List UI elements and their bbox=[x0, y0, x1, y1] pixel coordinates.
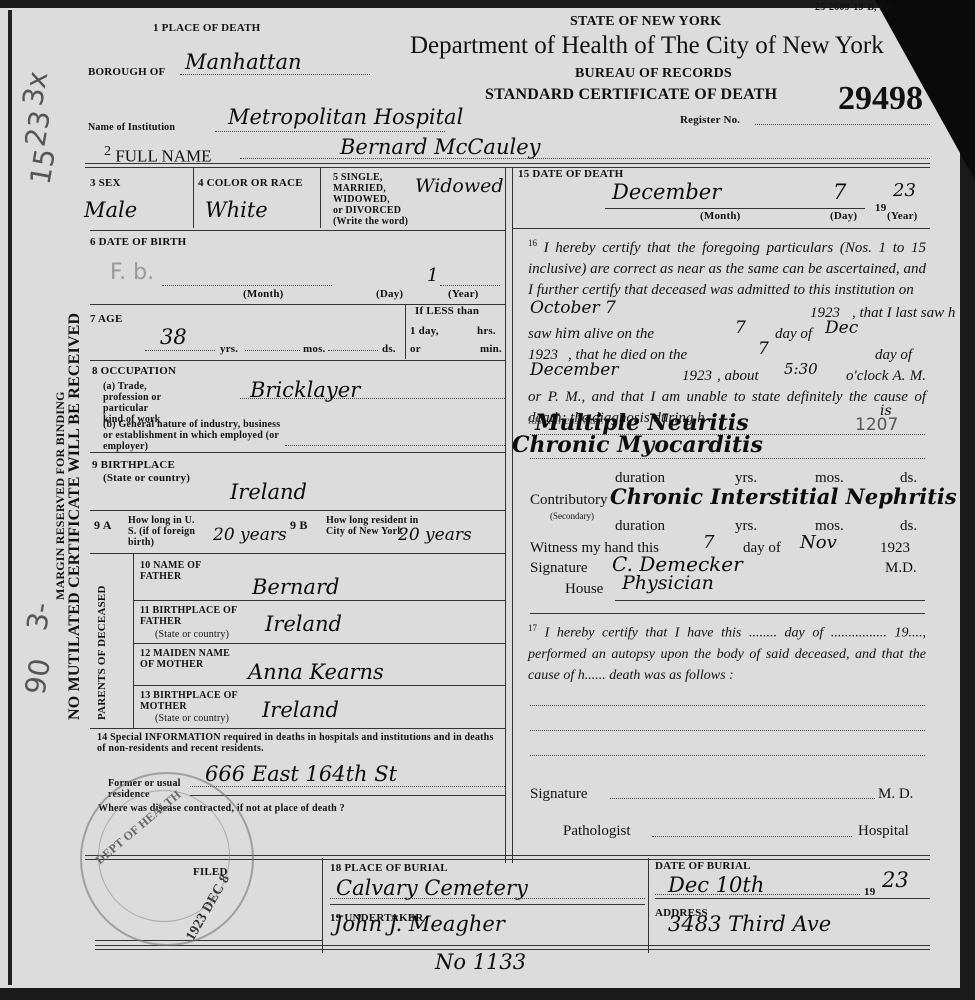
duration-2-ds: ds. bbox=[900, 518, 917, 535]
margin-warning-text: NO MUTILATED CERTIFICATE WILL BE RECEIVE… bbox=[66, 313, 84, 720]
undertaker-number: No 1133 bbox=[435, 950, 526, 974]
birth-day-caption: (Day) bbox=[376, 288, 403, 300]
birth-year-caption: (Year) bbox=[448, 288, 479, 300]
signature-label: Signature bbox=[530, 560, 588, 577]
institution-label: Name of Institution bbox=[88, 122, 175, 133]
state-heading: STATE OF NEW YORK bbox=[570, 14, 721, 30]
day-of-text: day of bbox=[775, 324, 812, 345]
less-than-label: If LESS than bbox=[415, 305, 479, 317]
residence-a-tag: 9 A bbox=[94, 518, 112, 533]
secondary-label: (Secondary) bbox=[550, 511, 594, 521]
age-mos-caption: mos. bbox=[303, 343, 326, 355]
mother-name-value: Anna Kearns bbox=[248, 660, 384, 684]
register-label: Register No. bbox=[680, 114, 740, 126]
death-month-caption: (Month) bbox=[700, 210, 741, 222]
birthplace-value: Ireland bbox=[230, 480, 307, 504]
undertaker-value: John J. Meagher bbox=[334, 912, 505, 936]
father-birth-value: Ireland bbox=[265, 612, 342, 636]
certificate-title: STANDARD CERTIFICATE OF DEATH bbox=[485, 86, 777, 104]
duration-2-label: duration bbox=[615, 518, 665, 535]
institution-value: Metropolitan Hospital bbox=[228, 105, 463, 129]
residence-b-tag: 9 B bbox=[290, 518, 308, 533]
binding-edge bbox=[8, 10, 12, 985]
residence-b-value: 20 years bbox=[398, 525, 472, 545]
father-name-value: Bernard bbox=[252, 575, 339, 599]
last-seen-month-value: Dec bbox=[825, 318, 858, 338]
special-info-label: 14 Special INFORMATION required in death… bbox=[97, 732, 502, 754]
certify-17-text: 17 I hereby certify that I have this ...… bbox=[528, 618, 926, 686]
cause-2-value: Chronic Myocarditis bbox=[512, 432, 763, 458]
residence-a-value: 20 years bbox=[213, 525, 287, 545]
register-number: 29498 bbox=[838, 80, 923, 118]
one-day-label: 1 day, bbox=[410, 325, 439, 337]
death-year-value: 23 bbox=[893, 180, 916, 201]
marital-value: Widowed bbox=[415, 175, 504, 197]
burial-place-value: Calvary Cemetery bbox=[336, 876, 528, 900]
mother-birth-label: 13 BIRTHPLACE OF MOTHER bbox=[140, 690, 240, 712]
death-date-label: 15 DATE OF DEATH bbox=[518, 168, 623, 180]
witness-month-value: Nov bbox=[800, 532, 837, 553]
occupation-label: 8 OCCUPATION bbox=[92, 365, 176, 377]
pencil-note-3: 15 bbox=[23, 146, 62, 187]
mother-birth-sub: (State or country) bbox=[155, 713, 229, 724]
died-day-value: 7 bbox=[758, 339, 769, 359]
mother-name-label: 12 MAIDEN NAME OF MOTHER bbox=[140, 648, 240, 670]
birth-month-caption: (Month) bbox=[243, 288, 284, 300]
age-label: 7 AGE bbox=[90, 313, 122, 325]
occupation-b-label: (b) General nature of industry, business… bbox=[103, 419, 283, 452]
admitted-date-value: October 7 bbox=[530, 298, 616, 318]
age-yrs-caption: yrs. bbox=[220, 343, 238, 355]
race-label: 4 COLOR OR RACE bbox=[198, 177, 303, 189]
contributory-label: Contributory bbox=[530, 492, 608, 509]
place-of-death-label: 1 PLACE OF DEATH bbox=[153, 22, 260, 34]
hrs-caption: hrs. bbox=[477, 325, 496, 337]
age-ds-caption: ds. bbox=[382, 343, 396, 355]
or-label: or bbox=[410, 343, 421, 355]
birthplace-sub-label: (State or country) bbox=[103, 472, 190, 484]
father-name-label: 10 NAME OF FATHER bbox=[140, 560, 220, 582]
death-month-value: December bbox=[612, 180, 721, 204]
burial-place-label: 18 PLACE OF BURIAL bbox=[330, 862, 448, 874]
birth-date-label: 6 DATE OF BIRTH bbox=[90, 236, 186, 248]
parents-side-label: PARENTS OF DECEASED bbox=[96, 585, 108, 720]
duration-2-yrs: yrs. bbox=[735, 518, 757, 535]
pencil-note-1: 3x bbox=[16, 69, 54, 109]
bureau-heading: BUREAU OF RECORDS bbox=[575, 66, 732, 82]
last-seen-day-value: 7 bbox=[735, 318, 746, 338]
address-value: 3483 Third Ave bbox=[668, 912, 831, 936]
borough-label: BOROUGH OF bbox=[88, 66, 165, 78]
contributory-value: Chronic Interstitial Nephritis bbox=[610, 484, 957, 509]
mother-birth-value: Ireland bbox=[262, 698, 339, 722]
residence-a-label: How long in U. S. (if of foreign birth) bbox=[128, 515, 203, 548]
death-year-prefix: 19 bbox=[875, 202, 886, 214]
burial-year-prefix: 19 bbox=[864, 886, 875, 898]
birthplace-label: 9 BIRTHPLACE bbox=[92, 459, 175, 471]
age-years-value: 38 bbox=[160, 325, 187, 349]
autopsy-md: M. D. bbox=[878, 786, 913, 803]
hospital-label: Hospital bbox=[858, 823, 909, 840]
witness-day-value: 7 bbox=[703, 532, 714, 553]
burial-year-value: 23 bbox=[882, 868, 909, 892]
form-number: 25-2609-19-B, Fo bbox=[815, 2, 891, 13]
death-day-value: 7 bbox=[833, 180, 846, 204]
race-value: White bbox=[205, 198, 268, 222]
pencil-note-4: 3- bbox=[20, 600, 57, 633]
house-label: House bbox=[565, 581, 603, 598]
marital-label: 5 SINGLE, MARRIED, WIDOWED, or DIVORCED … bbox=[333, 172, 408, 227]
sex-label: 3 SEX bbox=[90, 177, 121, 189]
department-heading: Department of Health of The City of New … bbox=[410, 32, 884, 60]
father-birth-sub: (State or country) bbox=[155, 629, 229, 640]
death-day-caption: (Day) bbox=[830, 210, 857, 222]
father-birth-label: 11 BIRTHPLACE OF FATHER bbox=[140, 605, 240, 627]
birth-faint-marks: F. b. bbox=[110, 260, 154, 285]
death-year-caption: (Year) bbox=[887, 210, 918, 222]
autopsy-signature-label: Signature bbox=[530, 786, 588, 803]
pathologist-label: Pathologist bbox=[563, 823, 631, 840]
borough-value: Manhattan bbox=[185, 50, 302, 74]
sex-value: Male bbox=[84, 198, 137, 222]
full-name-value: Bernard McCauley bbox=[340, 135, 540, 159]
min-caption: min. bbox=[480, 343, 502, 355]
day-of-2-text: day of bbox=[875, 345, 912, 366]
residence-value: 666 East 164th St bbox=[205, 762, 397, 786]
alive-text: saw him alive on the bbox=[528, 324, 654, 345]
burial-date-label: DATE OF BURIAL bbox=[655, 860, 751, 872]
birth-year-value: 1 bbox=[427, 265, 438, 286]
house-value: Physician bbox=[622, 572, 714, 594]
witness-day-of: day of bbox=[743, 540, 781, 557]
cause-note: 1207 bbox=[855, 415, 898, 435]
signature-md: M.D. bbox=[885, 560, 917, 577]
pencil-note-2: 23 bbox=[18, 108, 57, 149]
witness-year-value: 1923 bbox=[880, 540, 910, 557]
pencil-note-5: 90 bbox=[18, 656, 57, 697]
last-saw-text: , that I last saw h bbox=[852, 303, 955, 324]
certify-16-text: 16 I hereby certify that the foregoing p… bbox=[528, 233, 926, 301]
